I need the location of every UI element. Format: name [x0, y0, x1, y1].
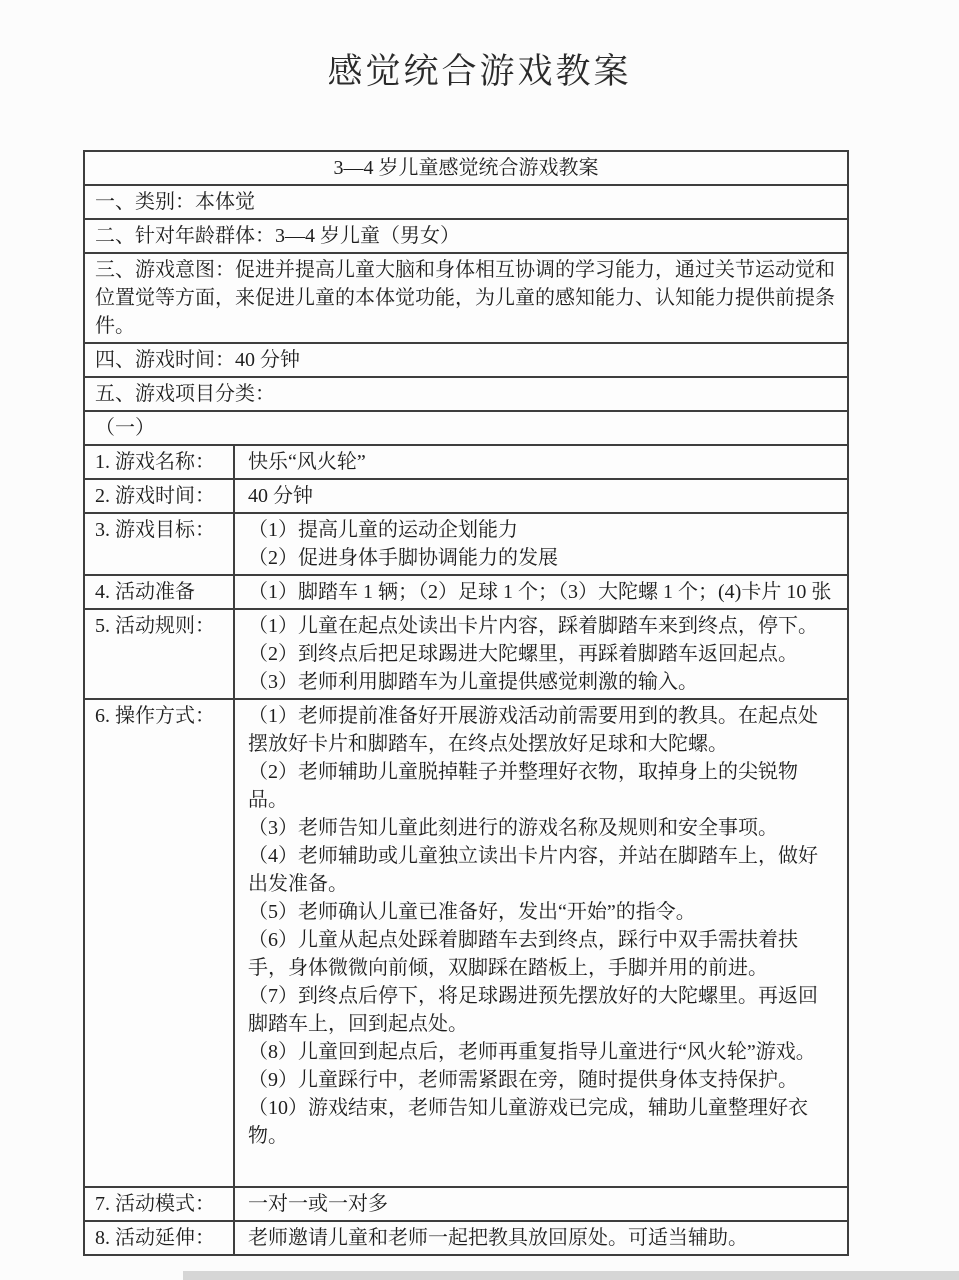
table-header-row: 3—4 岁儿童感觉统合游戏教案: [85, 152, 847, 184]
row-game-name: 1. 游戏名称： 快乐“风火轮”: [85, 444, 847, 478]
row-age-group-text: 二、针对年龄群体：3—4 岁儿童（男女）: [85, 220, 847, 252]
scan-edge-artifact: [183, 1271, 959, 1280]
row-activity-extension-content: 老师邀请儿童和老师一起把教具放回原处。可适当辅助。: [235, 1222, 847, 1254]
row-operation-method: 6. 操作方式： （1）老师提前准备好开展游戏活动前需要用到的教具。在起点处摆放…: [85, 698, 847, 1186]
row-game-classification: 五、游戏项目分类：: [85, 376, 847, 410]
row-section-one-text: （一）: [85, 412, 847, 444]
row-game-time-content: 40 分钟: [235, 480, 847, 512]
row-category: 一、类别：本体觉: [85, 184, 847, 218]
lesson-plan-table: 3—4 岁儿童感觉统合游戏教案 一、类别：本体觉 二、针对年龄群体：3—4 岁儿…: [83, 150, 849, 1256]
row-game-goals-label: 3. 游戏目标：: [85, 514, 235, 574]
row-activity-mode: 7. 活动模式： 一对一或一对多: [85, 1186, 847, 1220]
row-game-intent-text: 三、游戏意图：促进并提高儿童大脑和身体相互协调的学习能力，通过关节运动觉和位置觉…: [85, 254, 847, 342]
row-game-duration: 四、游戏时间：40 分钟: [85, 342, 847, 376]
row-activity-mode-content: 一对一或一对多: [235, 1188, 847, 1220]
row-activity-prep: 4. 活动准备 （1）脚踏车 1 辆；（2）足球 1 个；（3）大陀螺 1 个；…: [85, 574, 847, 608]
row-category-text: 一、类别：本体觉: [85, 186, 847, 218]
row-game-time-label: 2. 游戏时间：: [85, 480, 235, 512]
row-game-duration-text: 四、游戏时间：40 分钟: [85, 344, 847, 376]
row-activity-mode-label: 7. 活动模式：: [85, 1188, 235, 1220]
row-activity-rules-label: 5. 活动规则：: [85, 610, 235, 698]
document-page: 感觉统合游戏教案 3—4 岁儿童感觉统合游戏教案 一、类别：本体觉 二、针对年龄…: [0, 0, 959, 1280]
row-operation-method-label: 6. 操作方式：: [85, 700, 235, 1186]
row-activity-prep-label: 4. 活动准备: [85, 576, 235, 608]
row-activity-extension-label: 8. 活动延伸：: [85, 1222, 235, 1254]
row-age-group: 二、针对年龄群体：3—4 岁儿童（男女）: [85, 218, 847, 252]
row-activity-rules-content: （1）儿童在起点处读出卡片内容，踩着脚踏车来到终点，停下。 （2）到终点后把足球…: [235, 610, 847, 698]
row-activity-rules: 5. 活动规则： （1）儿童在起点处读出卡片内容，踩着脚踏车来到终点，停下。 （…: [85, 608, 847, 698]
row-game-intent: 三、游戏意图：促进并提高儿童大脑和身体相互协调的学习能力，通过关节运动觉和位置觉…: [85, 252, 847, 342]
row-section-one: （一）: [85, 410, 847, 444]
row-operation-method-content: （1）老师提前准备好开展游戏活动前需要用到的教具。在起点处摆放好卡片和脚踏车，在…: [235, 700, 847, 1186]
row-game-name-content: 快乐“风火轮”: [235, 446, 847, 478]
row-game-name-label: 1. 游戏名称：: [85, 446, 235, 478]
row-game-goals-content: （1）提高儿童的运动企划能力 （2）促进身体手脚协调能力的发展: [235, 514, 847, 574]
page-title: 感觉统合游戏教案: [0, 44, 959, 94]
row-activity-extension: 8. 活动延伸： 老师邀请儿童和老师一起把教具放回原处。可适当辅助。: [85, 1220, 847, 1254]
row-activity-prep-content: （1）脚踏车 1 辆；（2）足球 1 个；（3）大陀螺 1 个；(4)卡片 10…: [235, 576, 847, 608]
table-header-title: 3—4 岁儿童感觉统合游戏教案: [85, 152, 847, 184]
row-game-goals: 3. 游戏目标： （1）提高儿童的运动企划能力 （2）促进身体手脚协调能力的发展: [85, 512, 847, 574]
row-game-classification-text: 五、游戏项目分类：: [85, 378, 847, 410]
row-game-time: 2. 游戏时间： 40 分钟: [85, 478, 847, 512]
